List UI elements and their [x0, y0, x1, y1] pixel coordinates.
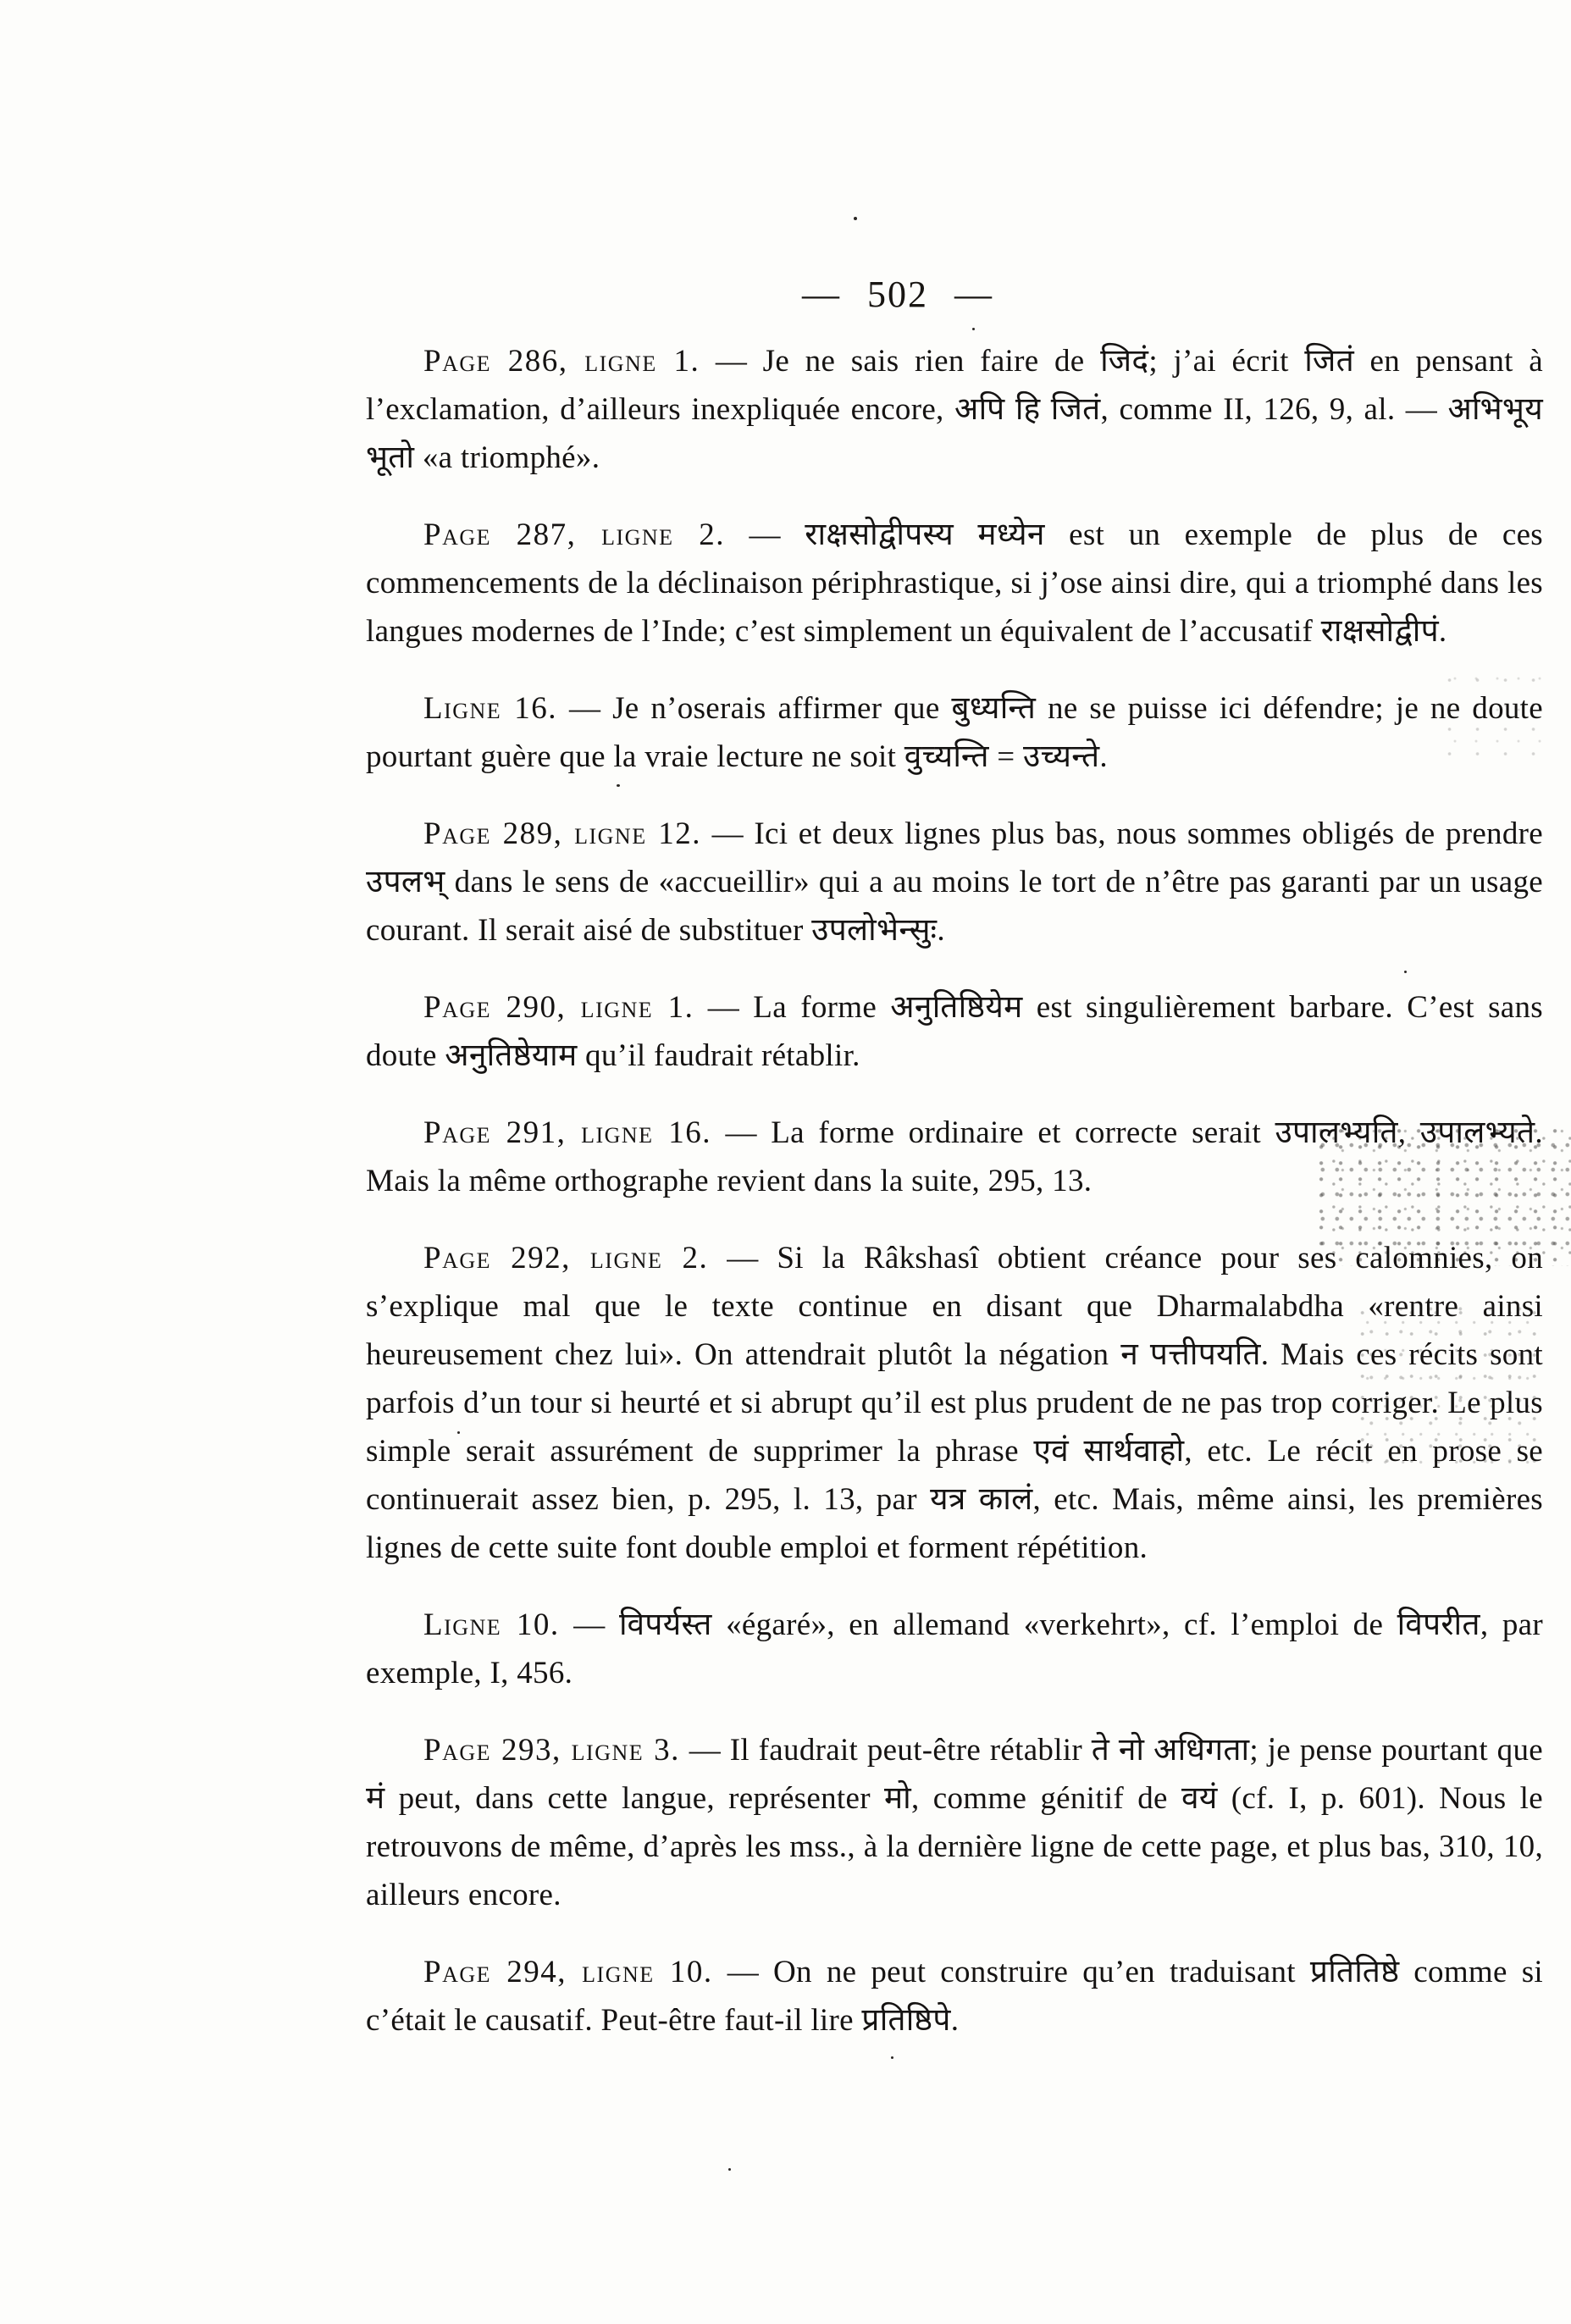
note-paragraph: Ligne 16. — Je n’oserais affirmer que बु… [366, 684, 1543, 781]
note-label: Page 287, ligne 2. [423, 517, 725, 552]
notes-text-block: Page 286, ligne 1. — Je ne sais rien fai… [366, 337, 1543, 2073]
note-label: Ligne 10. [423, 1607, 560, 1642]
note-label: Page 294, ligne 10. [423, 1955, 713, 1989]
scan-speck [972, 328, 975, 330]
note-label: Page 293, ligne 3. [423, 1733, 680, 1768]
note-paragraph: Page 287, ligne 2. — राक्षसोद्वीपस्य मध्… [366, 511, 1543, 656]
scanned-book-page: — 502 — Page 286, ligne 1. — Je ne sais … [0, 0, 1571, 2324]
note-label: Page 286, ligne 1. [423, 344, 700, 379]
scan-speck [854, 217, 857, 220]
note-label: Ligne 16. [423, 691, 557, 726]
note-paragraph: Page 294, ligne 10. — On ne peut constru… [366, 1948, 1543, 2045]
note-paragraph: Page 289, ligne 12. — Ici et deux lignes… [366, 810, 1543, 955]
note-paragraph: Page 293, ligne 3. — Il faudrait peut-êt… [366, 1726, 1543, 1919]
note-paragraph: Ligne 10. — विपर्यस्त «égaré», en allema… [366, 1601, 1543, 1697]
note-label: Page 292, ligne 2. [423, 1241, 708, 1275]
note-paragraph: Page 290, ligne 1. — La forme अनुतिष्ठिय… [366, 983, 1543, 1080]
scan-speck [728, 2168, 731, 2171]
note-paragraph: Page 291, ligne 16. — La forme ordinaire… [366, 1109, 1543, 1205]
note-label: Page 291, ligne 16. [423, 1115, 711, 1150]
note-label: Page 290, ligne 1. [423, 990, 694, 1025]
note-body: — Si la Râkshasî obtient créance pour se… [366, 1241, 1543, 1565]
note-paragraph: Page 292, ligne 2. — Si la Râkshasî obti… [366, 1234, 1543, 1572]
note-paragraph: Page 286, ligne 1. — Je ne sais rien fai… [366, 337, 1543, 482]
page-number: — 502 — [364, 273, 1431, 316]
note-label: Page 289, ligne 12. [423, 816, 701, 851]
